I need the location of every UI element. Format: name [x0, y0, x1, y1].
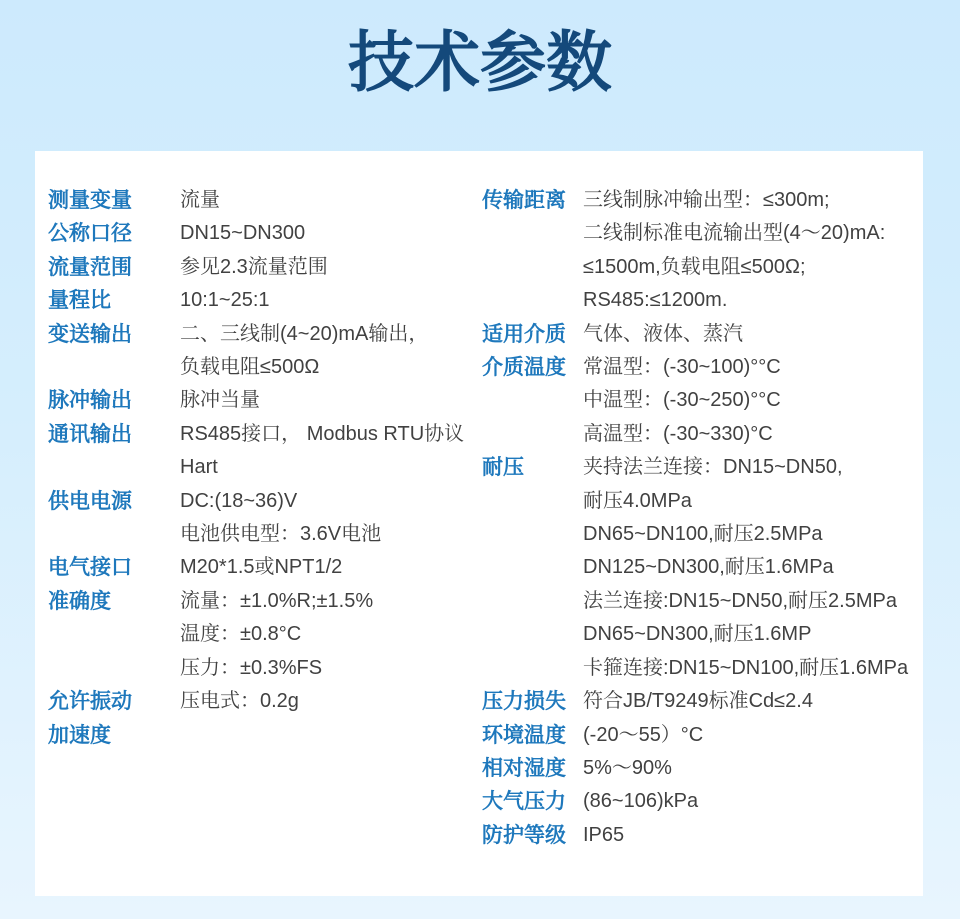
- spec-label: 电气接口: [48, 551, 180, 584]
- spec-value: 压电式：0.2g: [180, 685, 482, 718]
- spec-label: 大气压力: [482, 785, 583, 818]
- spec-value: 符合JB/T9249标准Cd≤2.4: [583, 685, 920, 718]
- spec-row: 电气接口 M20*1.5或NPT1/2: [48, 551, 482, 584]
- spec-label: 准确度: [48, 585, 180, 618]
- spec-label: 供电电源: [48, 485, 180, 518]
- spec-label: 通讯输出: [48, 418, 180, 451]
- spec-value: 脉冲当量: [180, 384, 482, 417]
- spec-label: 变送输出: [48, 318, 180, 351]
- spec-value: 常温型：(-30~100)°°C 中温型：(-30~250)°°C 高温型：(-…: [583, 351, 920, 451]
- spec-value: DN15~DN300: [180, 217, 482, 250]
- spec-label: 压力损失: [482, 685, 583, 718]
- spec-value: RS485接口， Modbus RTU协议 Hart: [180, 418, 482, 485]
- spec-card: 测量变量 流量 公称口径 DN15~DN300 流量范围 参见2.3流量范围 量…: [35, 151, 923, 896]
- spec-row: 介质温度 常温型：(-30~100)°°C 中温型：(-30~250)°°C 高…: [482, 351, 920, 451]
- spec-value: (86~106)kPa: [583, 785, 920, 818]
- spec-row: 公称口径 DN15~DN300: [48, 217, 482, 250]
- spec-row: 传输距离 三线制脉冲输出型：≤300m; 二线制标准电流输出型(4～20)mA:…: [482, 184, 920, 318]
- spec-row: 压力损失 符合JB/T9249标准Cd≤2.4: [482, 685, 920, 718]
- spec-value: M20*1.5或NPT1/2: [180, 551, 482, 584]
- spec-row: 适用介质 气体、液体、蒸汽: [482, 318, 920, 351]
- spec-value: DC:(18~36)V 电池供电型：3.6V电池: [180, 485, 482, 552]
- spec-label: 适用介质: [482, 318, 583, 351]
- spec-row: 变送输出 二、三线制(4~20)mA输出， 负载电阻≤500Ω: [48, 318, 482, 385]
- spec-row: 大气压力 (86~106)kPa: [482, 785, 920, 818]
- spec-value: 10:1~25:1: [180, 284, 482, 317]
- spec-column-right: 传输距离 三线制脉冲输出型：≤300m; 二线制标准电流输出型(4～20)mA:…: [482, 184, 920, 852]
- spec-label: 量程比: [48, 284, 180, 317]
- spec-label: 脉冲输出: [48, 384, 180, 417]
- spec-value: 二、三线制(4~20)mA输出， 负载电阻≤500Ω: [180, 318, 482, 385]
- spec-row: 测量变量 流量: [48, 184, 482, 217]
- spec-value: 夹持法兰连接：DN15~DN50, 耐压4.0MPa DN65~DN100,耐压…: [583, 451, 920, 685]
- spec-value: IP65: [583, 819, 920, 852]
- spec-row: 量程比 10:1~25:1: [48, 284, 482, 317]
- spec-row: 防护等级 IP65: [482, 819, 920, 852]
- spec-label: 公称口径: [48, 217, 180, 250]
- spec-row: 相对湿度 5%～90%: [482, 752, 920, 785]
- spec-value: 5%～90%: [583, 752, 920, 785]
- spec-value: 三线制脉冲输出型：≤300m; 二线制标准电流输出型(4～20)mA: ≤150…: [583, 184, 920, 318]
- spec-label: 耐压: [482, 451, 583, 484]
- spec-row: 准确度 流量：±1.0%R;±1.5% 温度：±0.8°C 压力：±0.3%FS: [48, 585, 482, 685]
- spec-row: 允许振动 加速度 压电式：0.2g: [48, 685, 482, 752]
- spec-value: 流量：±1.0%R;±1.5% 温度：±0.8°C 压力：±0.3%FS: [180, 585, 482, 685]
- spec-row: 耐压 夹持法兰连接：DN15~DN50, 耐压4.0MPa DN65~DN100…: [482, 451, 920, 685]
- spec-label: 防护等级: [482, 819, 583, 852]
- spec-row: 环境温度 (-20～55）°C: [482, 719, 920, 752]
- spec-column-left: 测量变量 流量 公称口径 DN15~DN300 流量范围 参见2.3流量范围 量…: [48, 184, 482, 752]
- spec-row: 流量范围 参见2.3流量范围: [48, 251, 482, 284]
- spec-row: 通讯输出 RS485接口， Modbus RTU协议 Hart: [48, 418, 482, 485]
- spec-value: 参见2.3流量范围: [180, 251, 482, 284]
- spec-row: 脉冲输出 脉冲当量: [48, 384, 482, 417]
- spec-label: 介质温度: [482, 351, 583, 384]
- spec-label: 流量范围: [48, 251, 180, 284]
- spec-label: 允许振动 加速度: [48, 685, 180, 752]
- spec-label: 测量变量: [48, 184, 180, 217]
- spec-value: (-20～55）°C: [583, 719, 920, 752]
- spec-label: 环境温度: [482, 719, 583, 752]
- spec-row: 供电电源 DC:(18~36)V 电池供电型：3.6V电池: [48, 485, 482, 552]
- spec-value: 气体、液体、蒸汽: [583, 318, 920, 351]
- spec-value: 流量: [180, 184, 482, 217]
- page-title: 技术参数: [0, 0, 960, 100]
- spec-label: 传输距离: [482, 184, 583, 217]
- spec-label: 相对湿度: [482, 752, 583, 785]
